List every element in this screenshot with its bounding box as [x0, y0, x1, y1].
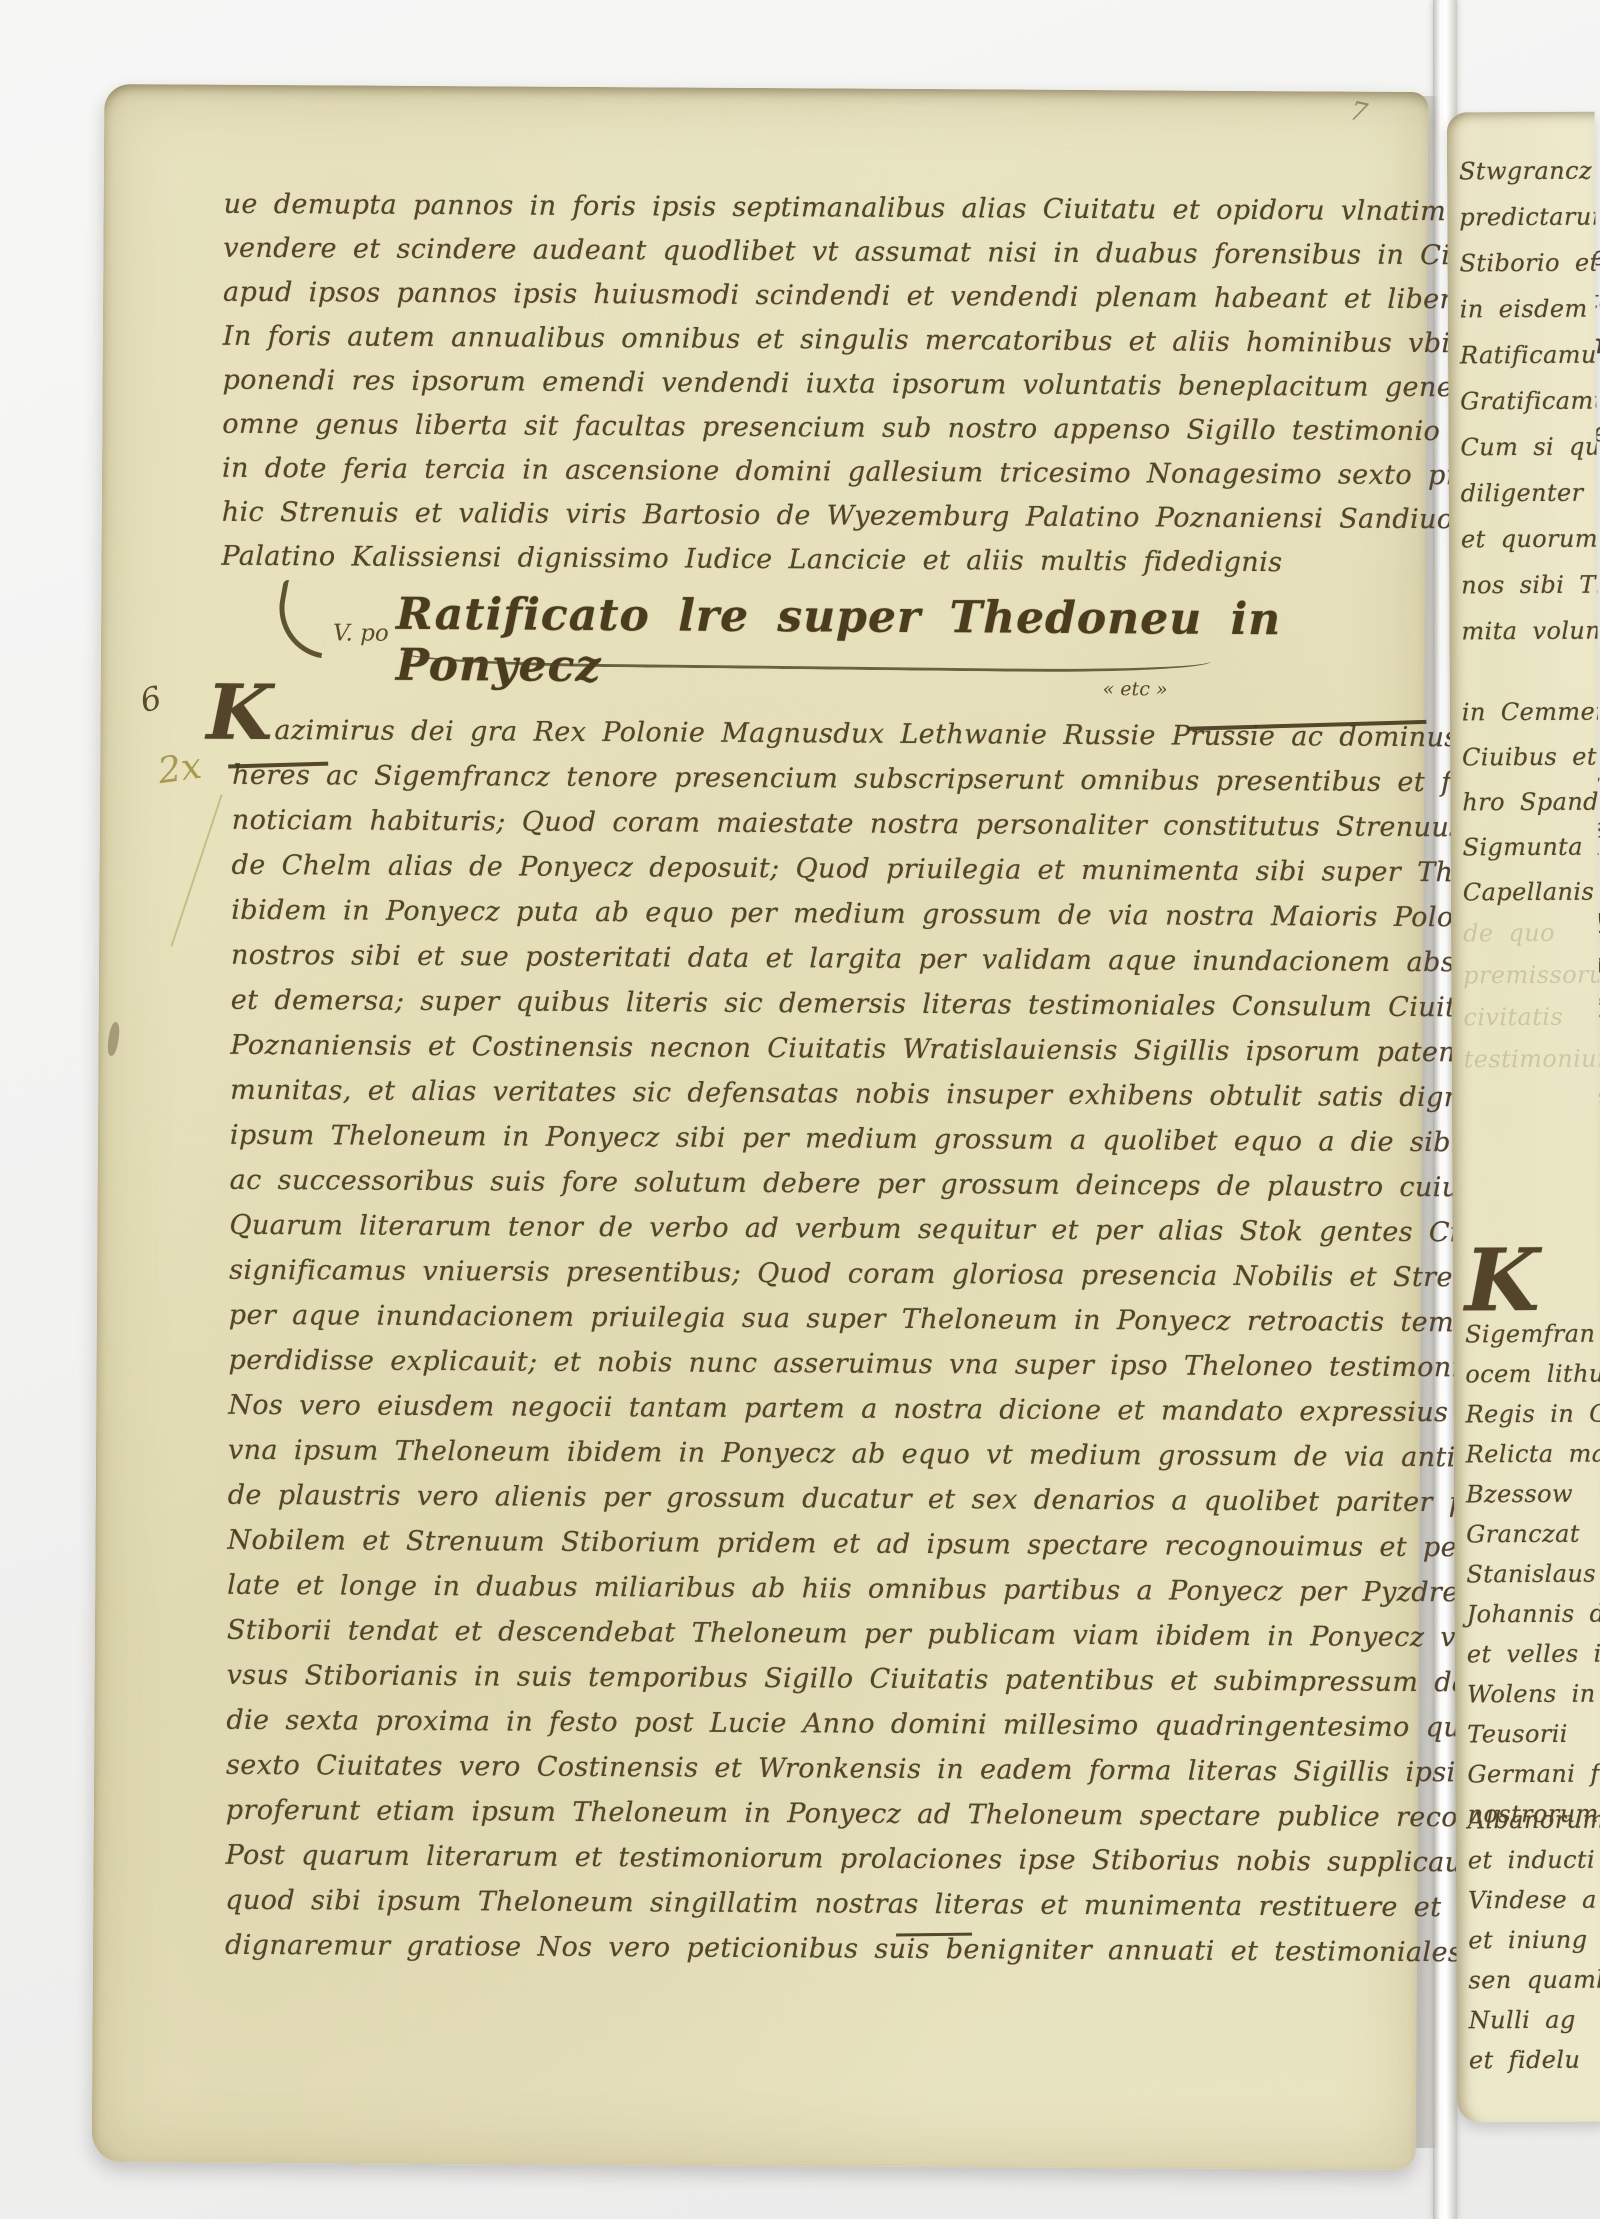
right-leaf-bleedthrough-text: de quopremissorumcivitatistestimonium: [1463, 910, 1600, 1080]
manuscript-page-left: ue demupta pannos in foris ipsis septima…: [92, 84, 1429, 2170]
handwriting-line: Quarum literarum tenor de verbo ad verbu…: [229, 1203, 1439, 1255]
handwriting-line: quod sibi ipsum Theloneum singillatim no…: [225, 1878, 1435, 1930]
paragraph-body: Kazimirus dei gra Rex Polonie Magnusdux …: [225, 693, 1443, 1975]
handwriting-line: Sigmunta Petr: [1462, 823, 1600, 870]
handwriting-line: vna ipsum Theloneum ibidem in Ponyecz ab…: [228, 1428, 1438, 1480]
handwriting-line: et demersa; super quibus literis sic dem…: [231, 978, 1441, 1030]
handwriting-line: late et longe in duabus miliaribus ab hi…: [227, 1563, 1437, 1615]
handwriting-line: Stwgrancz ex Cim: [1459, 146, 1600, 194]
handwriting-line: hro Spandze: [1462, 778, 1600, 825]
handwriting-line: in Cemmeraw g: [1462, 688, 1600, 735]
handwriting-line: Sigemfran: [1465, 1312, 1600, 1354]
manuscript-page-right-edge: Stwgrancz ex Cimpredictarum PoznStiborio…: [1447, 112, 1600, 2123]
handwriting-line: die sexta proxima in festo post Lucie An…: [226, 1698, 1436, 1750]
handwriting-line: et inducti: [1468, 1838, 1600, 1880]
ink-smudge: [106, 1022, 121, 1057]
handwriting-line: sexto Ciuitates vero Costinensis et Wron…: [226, 1743, 1436, 1795]
manuscript-photo: ue demupta pannos in foris ipsis septima…: [0, 0, 1600, 2219]
handwriting-line: hic Strenuis et validis viris Bartosio d…: [222, 491, 1422, 542]
handwriting-line: K: [1465, 1246, 1600, 1314]
handwriting-line: in dote feria tercia in ascensione domin…: [222, 447, 1422, 498]
handwriting-line: Ratificamus innoua: [1460, 330, 1600, 378]
right-leaf-text-block: Stwgrancz ex Cimpredictarum PoznStiborio…: [1459, 146, 1600, 654]
handwriting-line: Stanislaus: [1466, 1552, 1600, 1594]
right-leaf-text-block: Albanorumet inductiVindese aet iniungsen…: [1468, 1798, 1600, 2080]
handwriting-line: nos sibi Thelonie: [1461, 560, 1600, 608]
handwriting-line: Relicta ma: [1466, 1432, 1600, 1474]
handwriting-line: Wolens in: [1467, 1672, 1600, 1714]
handwriting-line: Gratificamus ex d: [1460, 376, 1600, 424]
handwriting-line: civitatis: [1463, 994, 1600, 1038]
corner-pen-mark: 7: [1347, 96, 1370, 129]
handwriting-line: ocem lithua: [1465, 1352, 1600, 1394]
handwriting-line: Stiborio et posteritat: [1459, 238, 1600, 286]
handwriting-line: apud ipsos pannos ipsis huiusmodi scinde…: [223, 271, 1423, 322]
handwriting-line: Johannis de: [1466, 1592, 1600, 1634]
handwriting-line: et quorum ipso: [1461, 514, 1600, 562]
heading-margin-note: V. po: [333, 620, 389, 646]
handwriting-line: in eisdem pileus: [1460, 284, 1600, 332]
handwriting-line: significamus vniuersis presentibus; Quod…: [229, 1248, 1439, 1300]
handwriting-line: Nulli ag: [1469, 1998, 1600, 2040]
handwriting-line: de Chelm alias de Ponyecz deposuit; Quod…: [231, 843, 1441, 895]
handwriting-line: Post quarum literarum et testimoniorum p…: [225, 1833, 1435, 1885]
handwriting-line: proferunt etiam ipsum Theloneum in Ponye…: [226, 1788, 1436, 1840]
handwriting-line: premissorum: [1463, 952, 1600, 996]
handwriting-line: Palatino Kalissiensi dignissimo Iudice L…: [221, 535, 1421, 586]
handwriting-line: Regis in G: [1465, 1392, 1600, 1434]
handwriting-line: vendere et scindere audeant quodlibet vt…: [223, 227, 1423, 278]
right-leaf-text-block: KSigemfranocem lithuaRegis in GRelicta m…: [1465, 1246, 1600, 1834]
olive-ink-hairline: [170, 794, 222, 946]
handwriting-line: In foris autem annualibus omnibus et sin…: [223, 315, 1423, 366]
handwriting-line: predictarum Pozn: [1459, 192, 1600, 240]
margin-mark-2x: 2x: [156, 746, 204, 792]
handwriting-line: heres ac Sigemfrancz tenore presencium s…: [232, 753, 1442, 805]
handwriting-line: perdidisse explicauit; et nobis nunc ass…: [228, 1338, 1438, 1390]
handwriting-line: omne genus liberta sit facultas presenci…: [222, 403, 1422, 454]
heading-bracket-flourish: [271, 579, 334, 658]
handwriting-line: sen quamlib: [1468, 1958, 1600, 2000]
handwriting-line: Nobilem et Strenuum Stiborium pridem et …: [227, 1518, 1437, 1570]
handwriting-line: Stiborii tendat et descendebat Theloneum…: [227, 1608, 1437, 1660]
handwriting-line: Cum si quis p: [1460, 422, 1600, 470]
right-leaf-text-block: in Cemmeraw gCiuibus et subhro SpandzeSi…: [1462, 688, 1600, 915]
handwriting-line: ipsum Theloneum in Ponyecz sibi per medi…: [230, 1113, 1440, 1165]
handwriting-line: noticiam habituris; Quod coram maiestate…: [232, 798, 1442, 850]
handwriting-line: ibidem in Ponyecz puta ab equo per mediu…: [231, 888, 1441, 940]
paragraph-top: ue demupta pannos in foris ipsis septima…: [221, 183, 1423, 586]
handwriting-line: Granczat: [1466, 1512, 1600, 1554]
handwriting-line: de plaustris vero alienis per grossum du…: [228, 1473, 1438, 1525]
handwriting-line: ponendi res ipsorum emendi vendendi iuxt…: [222, 359, 1422, 410]
handwriting-line: et fidelu: [1469, 2038, 1600, 2080]
handwriting-line: diligenter ac: [1461, 468, 1600, 516]
handwriting-line: Teusorii: [1467, 1712, 1600, 1754]
handwriting-line: testimonium: [1464, 1036, 1600, 1080]
handwriting-line: Poznaniensis et Costinensis necnon Ciuit…: [230, 1023, 1440, 1075]
handwriting-line: Nos vero eiusdem negocii tantam partem a…: [228, 1383, 1438, 1435]
handwriting-line: dignaremur gratiose Nos vero peticionibu…: [225, 1923, 1435, 1975]
handwriting-line: ue demupta pannos in foris ipsis septima…: [223, 183, 1423, 234]
handwriting-line: munitas, et alias veritates sic defensat…: [230, 1068, 1440, 1120]
handwriting-line: et iniung: [1468, 1918, 1600, 1960]
handwriting-line: Germani f: [1467, 1752, 1600, 1794]
margin-mark-b: 6: [136, 678, 165, 720]
interlinear-insertion: « etc »: [1103, 678, 1168, 700]
handwriting-line: Ciuibus et sub: [1462, 733, 1600, 780]
handwriting-line: Albanorum: [1468, 1798, 1600, 1840]
handwriting-line: Vindese a: [1468, 1878, 1600, 1920]
handwriting-line: nostros sibi et sue posteritati data et …: [231, 933, 1441, 985]
handwriting-line: Capellanis et: [1463, 868, 1600, 915]
handwriting-line: vsus Stiborianis in suis temporibus Sigi…: [227, 1653, 1437, 1705]
handwriting-line: mita voluntate: [1461, 606, 1600, 654]
handwriting-line: per aque inundacionem priuilegia sua sup…: [229, 1293, 1439, 1345]
handwriting-line: de quo: [1463, 910, 1600, 954]
handwriting-line: Bzessow: [1466, 1472, 1600, 1514]
handwriting-line: ac successoribus suis fore solutum deber…: [230, 1158, 1440, 1210]
handwriting-line: et velles in: [1467, 1632, 1600, 1674]
